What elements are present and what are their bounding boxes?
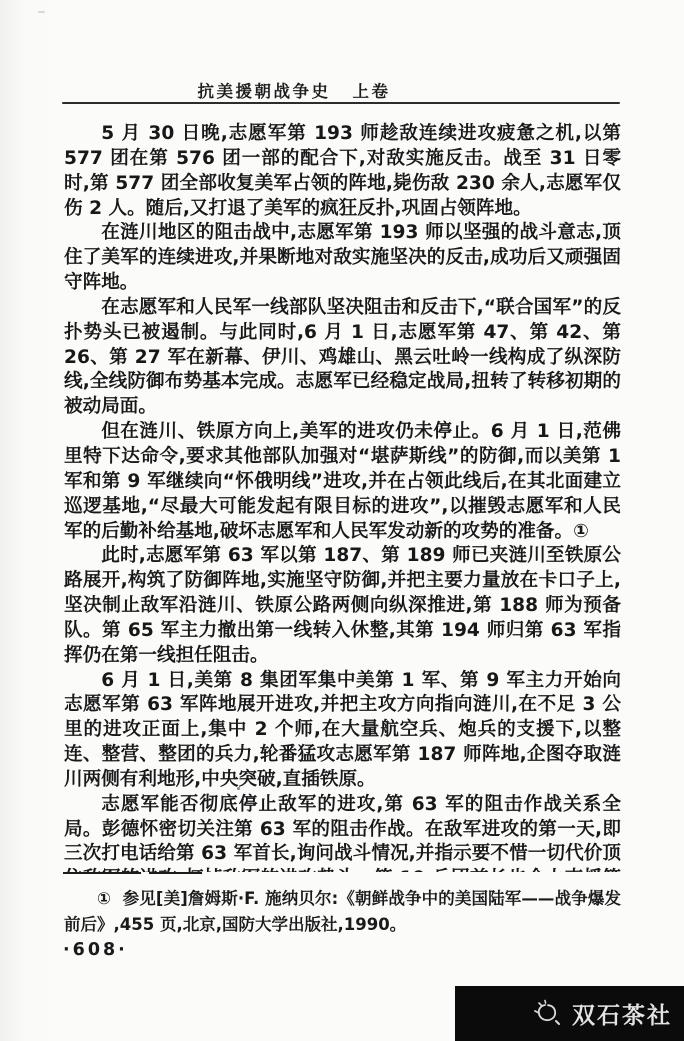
stone-logo-icon	[531, 996, 563, 1032]
footnote: ①参见[美]詹姆斯·F. 施纳贝尔:《朝鲜战争中的美国陆军——战争爆发前后》,4…	[64, 886, 621, 938]
footnote-marker: ①	[97, 889, 111, 908]
header-rule	[62, 102, 620, 104]
body-paragraph: 5 月 30 日晚,志愿军第 193 师趁敌连续进攻疲惫之机,以第 577 团在…	[64, 122, 621, 221]
body-text: 5 月 30 日晚,志愿军第 193 师趁敌连续进攻疲惫之机,以第 577 团在…	[64, 122, 621, 872]
book-title: 抗美援朝战争史	[198, 82, 331, 101]
footnote-text: 参见[美]詹姆斯·F. 施纳贝尔:《朝鲜战争中的美国陆军——战争爆发前后》,45…	[64, 889, 621, 934]
body-paragraph: 在志愿军和人民军一线部队坚决阻击和反击下,“联合国军”的反扑势头已被遏制。与此同…	[64, 296, 621, 420]
body-paragraph: 但在涟川、铁原方向上,美军的进攻仍未停止。6 月 1 日,范佛里特下达命令,要求…	[64, 420, 621, 544]
page-number: ·608·	[63, 940, 128, 960]
body-paragraph: 此时,志愿军第 63 军以第 187、第 189 师已夹涟川至铁原公路展开,构筑…	[64, 544, 621, 668]
footnote-separator	[63, 872, 202, 874]
body-paragraph: 6 月 1 日,美第 8 集团军集中美第 1 军、第 9 军主力开始向志愿军第 …	[64, 669, 621, 793]
volume-label: 上卷	[353, 82, 391, 101]
scan-artifact	[237, 787, 240, 790]
book-page: 抗美援朝战争史上卷 5 月 30 日晚,志愿军第 193 师趁敌连续进攻疲惫之机…	[0, 0, 684, 1041]
footnote-paragraph: ①参见[美]詹姆斯·F. 施纳贝尔:《朝鲜战争中的美国陆军——战争爆发前后》,4…	[64, 886, 621, 938]
watermark-bar: 双石茶社	[455, 986, 684, 1041]
watermark-text: 双石茶社	[572, 997, 672, 1030]
running-head: 抗美援朝战争史上卷	[15, 78, 573, 102]
body-paragraph: 在涟川地区的阻击战中,志愿军第 193 师以坚强的战斗意志,顶住了美军的连续进攻…	[64, 221, 621, 296]
body-paragraph: 志愿军能否彻底停止敌军的进攻,第 63 军的阻击作战关系全局。彭德怀密切关注第 …	[64, 793, 621, 872]
scan-artifact	[38, 11, 45, 13]
